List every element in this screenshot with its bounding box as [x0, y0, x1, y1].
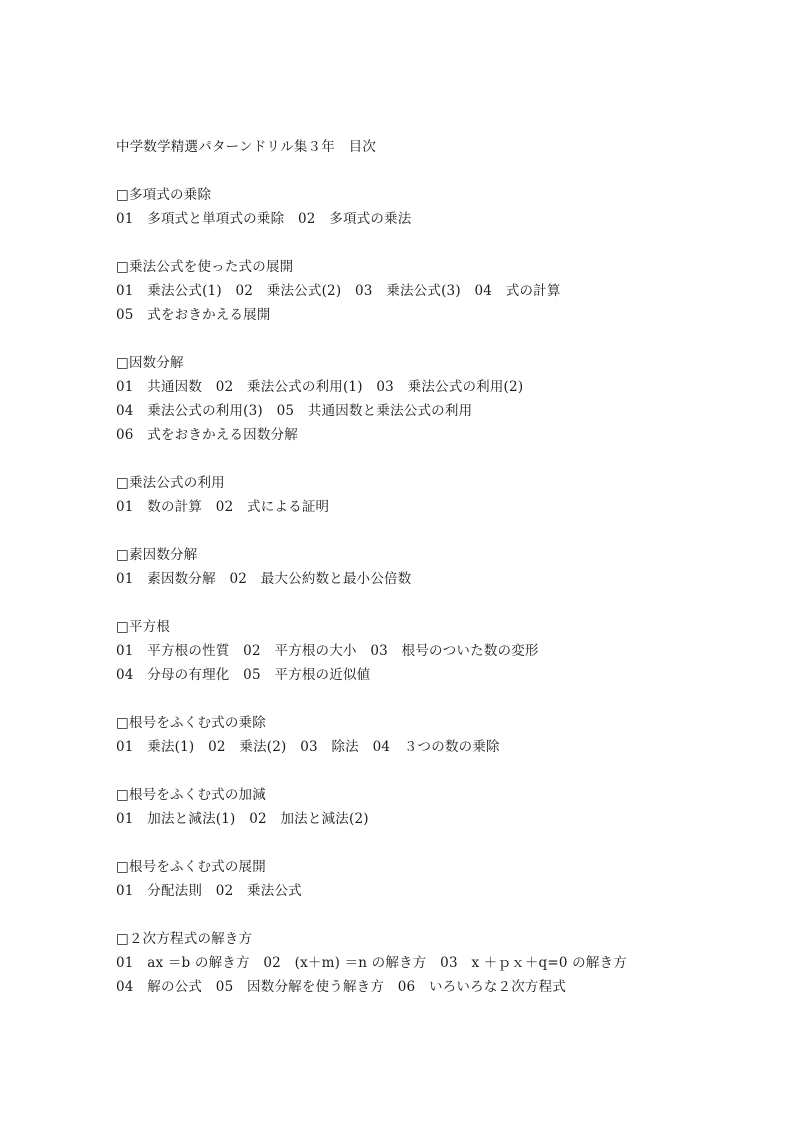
section-quadratic-equations: □２次方程式の解き方 01 ax ＝b の解き方 02 (x＋m) ＝n の解き…: [116, 927, 756, 999]
section-line: 01 ax ＝b の解き方 02 (x＋m) ＝n の解き方 03 x ＋ｐｘ＋…: [116, 951, 756, 975]
section-heading: □乗法公式の利用: [116, 471, 756, 495]
section-heading: □根号をふくむ式の加減: [116, 783, 756, 807]
section-radical-add-sub: □根号をふくむ式の加減 01 加法と減法(1) 02 加法と減法(2): [116, 783, 756, 831]
section-prime-factorization: □素因数分解 01 素因数分解 02 最大公約数と最小公倍数: [116, 543, 756, 591]
section-line: 01 平方根の性質 02 平方根の大小 03 根号のついた数の変形: [116, 639, 756, 663]
section-formula-use: □乗法公式の利用 01 数の計算 02 式による証明: [116, 471, 756, 519]
section-line: 04 乗法公式の利用(3) 05 共通因数と乗法公式の利用: [116, 399, 756, 423]
section-line: 01 乗法(1) 02 乗法(2) 03 除法 04 ３つの数の乗除: [116, 735, 756, 759]
section-line: 06 式をおきかえる因数分解: [116, 423, 756, 447]
section-line: 01 素因数分解 02 最大公約数と最小公倍数: [116, 567, 756, 591]
section-line: 01 数の計算 02 式による証明: [116, 495, 756, 519]
section-factorization: □因数分解 01 共通因数 02 乗法公式の利用(1) 03 乗法公式の利用(2…: [116, 351, 756, 447]
section-heading: □根号をふくむ式の展開: [116, 855, 756, 879]
section-line: 05 式をおきかえる展開: [116, 303, 756, 327]
document-title: 中学数学精選パターンドリル集３年 目次: [116, 135, 756, 159]
section-heading: □乗法公式を使った式の展開: [116, 255, 756, 279]
section-line: 01 乗法公式(1) 02 乗法公式(2) 03 乗法公式(3) 04 式の計算: [116, 279, 756, 303]
section-square-roots: □平方根 01 平方根の性質 02 平方根の大小 03 根号のついた数の変形 0…: [116, 615, 756, 687]
section-radical-mult-div: □根号をふくむ式の乗除 01 乗法(1) 02 乗法(2) 03 除法 04 ３…: [116, 711, 756, 759]
spacer: [116, 159, 756, 183]
section-line: 04 解の公式 05 因数分解を使う解き方 06 いろいろな２次方程式: [116, 975, 756, 999]
section-heading: □平方根: [116, 615, 756, 639]
section-radical-expansion: □根号をふくむ式の展開 01 分配法則 02 乗法公式: [116, 855, 756, 903]
section-expansion: □乗法公式を使った式の展開 01 乗法公式(1) 02 乗法公式(2) 03 乗…: [116, 255, 756, 327]
table-of-contents: 中学数学精選パターンドリル集３年 目次 □多項式の乗除 01 多項式と単項式の乗…: [116, 135, 756, 999]
section-line: 01 多項式と単項式の乗除 02 多項式の乗法: [116, 207, 756, 231]
section-heading: □因数分解: [116, 351, 756, 375]
section-line: 04 分母の有理化 05 平方根の近似値: [116, 663, 756, 687]
section-polynomial-mult-div: □多項式の乗除 01 多項式と単項式の乗除 02 多項式の乗法: [116, 183, 756, 231]
section-heading: □根号をふくむ式の乗除: [116, 711, 756, 735]
section-heading: □多項式の乗除: [116, 183, 756, 207]
section-heading: □２次方程式の解き方: [116, 927, 756, 951]
section-line: 01 共通因数 02 乗法公式の利用(1) 03 乗法公式の利用(2): [116, 375, 756, 399]
section-line: 01 分配法則 02 乗法公式: [116, 879, 756, 903]
section-heading: □素因数分解: [116, 543, 756, 567]
section-line: 01 加法と減法(1) 02 加法と減法(2): [116, 807, 756, 831]
